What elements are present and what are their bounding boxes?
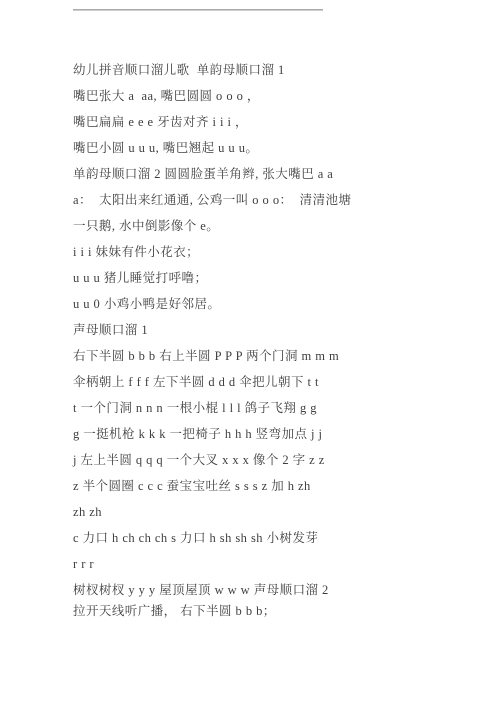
text-line: 伞柄朝上 f f f 左下半圆 d d d 伞把儿朝下 t t <box>73 375 433 390</box>
text-line: 幼儿拼音顺口溜儿歌 单韵母顺口溜 1 <box>73 63 433 78</box>
paragraph: t 一个门洞 n n n 一根小棍 l l l 鸽子飞翔 g g <box>73 401 433 416</box>
text-line: r r r <box>73 557 433 572</box>
text-line: 单韵母顺口溜 2 圆圆脸蛋羊角辫, 张大嘴巴 a a <box>73 167 433 182</box>
text-line: u u u 猪儿睡觉打呼噜； <box>73 271 433 286</box>
paragraph: 嘴巴小圆 u u u, 嘴巴翘起 u u u。 <box>73 141 433 156</box>
text-line: 右下半圆 b b b 右上半圆 P P P 两个门洞 m m m <box>73 349 433 364</box>
text-line: 树杈树杈 y y y 屋顶屋顶 w w w 声母顺口溜 2 <box>73 583 433 598</box>
document-body: 幼儿拼音顺口溜儿歌 单韵母顺口溜 1嘴巴张大 a aa, 嘴巴圆圆 o o o … <box>73 63 433 630</box>
text-line: a： 太阳出来红通通, 公鸡一叫 o o o： 清清池塘 <box>73 193 433 208</box>
text-line: 嘴巴扁扁 e e e 牙齿对齐 i i i ， <box>73 115 433 130</box>
paragraph: 幼儿拼音顺口溜儿歌 单韵母顺口溜 1 <box>73 63 433 78</box>
paragraph: a： 太阳出来红通通, 公鸡一叫 o o o： 清清池塘 <box>73 193 433 208</box>
paragraph: 声母顺口溜 1 <box>73 323 433 338</box>
text-line: 一只鹅, 水中倒影像个 e。 <box>73 219 433 234</box>
paragraph: j 左上半圆 q q q 一个大叉 x x x 像个 2 字 z z <box>73 453 433 468</box>
paragraph: 右下半圆 b b b 右上半圆 P P P 两个门洞 m m m <box>73 349 433 364</box>
paragraph: r r r <box>73 557 433 572</box>
paragraph: u u u 猪儿睡觉打呼噜； <box>73 271 433 286</box>
text-line: 拉开天线听广播， 右下半圆 b b b； <box>73 604 433 619</box>
text-line: 嘴巴张大 a aa, 嘴巴圆圆 o o o ， <box>73 89 433 104</box>
text-line: 嘴巴小圆 u u u, 嘴巴翘起 u u u。 <box>73 141 433 156</box>
paragraph: 一只鹅, 水中倒影像个 e。 <box>73 219 433 234</box>
text-line: c 力口 h ch ch ch s 力口 h sh sh sh 小树发芽 <box>73 531 433 546</box>
text-line: i i i 妹妹有件小花衣； <box>73 245 433 260</box>
paragraph: 树杈树杈 y y y 屋顶屋顶 w w w 声母顺口溜 2拉开天线听广播， 右下… <box>73 583 433 619</box>
text-line: u u 0 小鸡小鸭是好邻居。 <box>73 297 433 312</box>
top-rule <box>73 9 323 11</box>
text-line: g 一挺机枪 k k k 一把椅子 h h h 竖弯加点 j j <box>73 427 433 442</box>
text-line: zh zh <box>73 505 433 520</box>
text-line: z 半个圆圈 c c c 蚕宝宝吐丝 s s s z 加 h zh <box>73 479 433 494</box>
paragraph: g 一挺机枪 k k k 一把椅子 h h h 竖弯加点 j j <box>73 427 433 442</box>
text-line: t 一个门洞 n n n 一根小棍 l l l 鸽子飞翔 g g <box>73 401 433 416</box>
paragraph: z 半个圆圈 c c c 蚕宝宝吐丝 s s s z 加 h zh <box>73 479 433 494</box>
text-line: j 左上半圆 q q q 一个大叉 x x x 像个 2 字 z z <box>73 453 433 468</box>
paragraph: 嘴巴张大 a aa, 嘴巴圆圆 o o o ， <box>73 89 433 104</box>
paragraph: u u 0 小鸡小鸭是好邻居。 <box>73 297 433 312</box>
paragraph: 嘴巴扁扁 e e e 牙齿对齐 i i i ， <box>73 115 433 130</box>
paragraph: 单韵母顺口溜 2 圆圆脸蛋羊角辫, 张大嘴巴 a a <box>73 167 433 182</box>
text-line: 声母顺口溜 1 <box>73 323 433 338</box>
paragraph: zh zh <box>73 505 433 520</box>
document-page: 幼儿拼音顺口溜儿歌 单韵母顺口溜 1嘴巴张大 a aa, 嘴巴圆圆 o o o … <box>0 0 500 708</box>
paragraph: i i i 妹妹有件小花衣； <box>73 245 433 260</box>
paragraph: 伞柄朝上 f f f 左下半圆 d d d 伞把儿朝下 t t <box>73 375 433 390</box>
paragraph: c 力口 h ch ch ch s 力口 h sh sh sh 小树发芽 <box>73 531 433 546</box>
